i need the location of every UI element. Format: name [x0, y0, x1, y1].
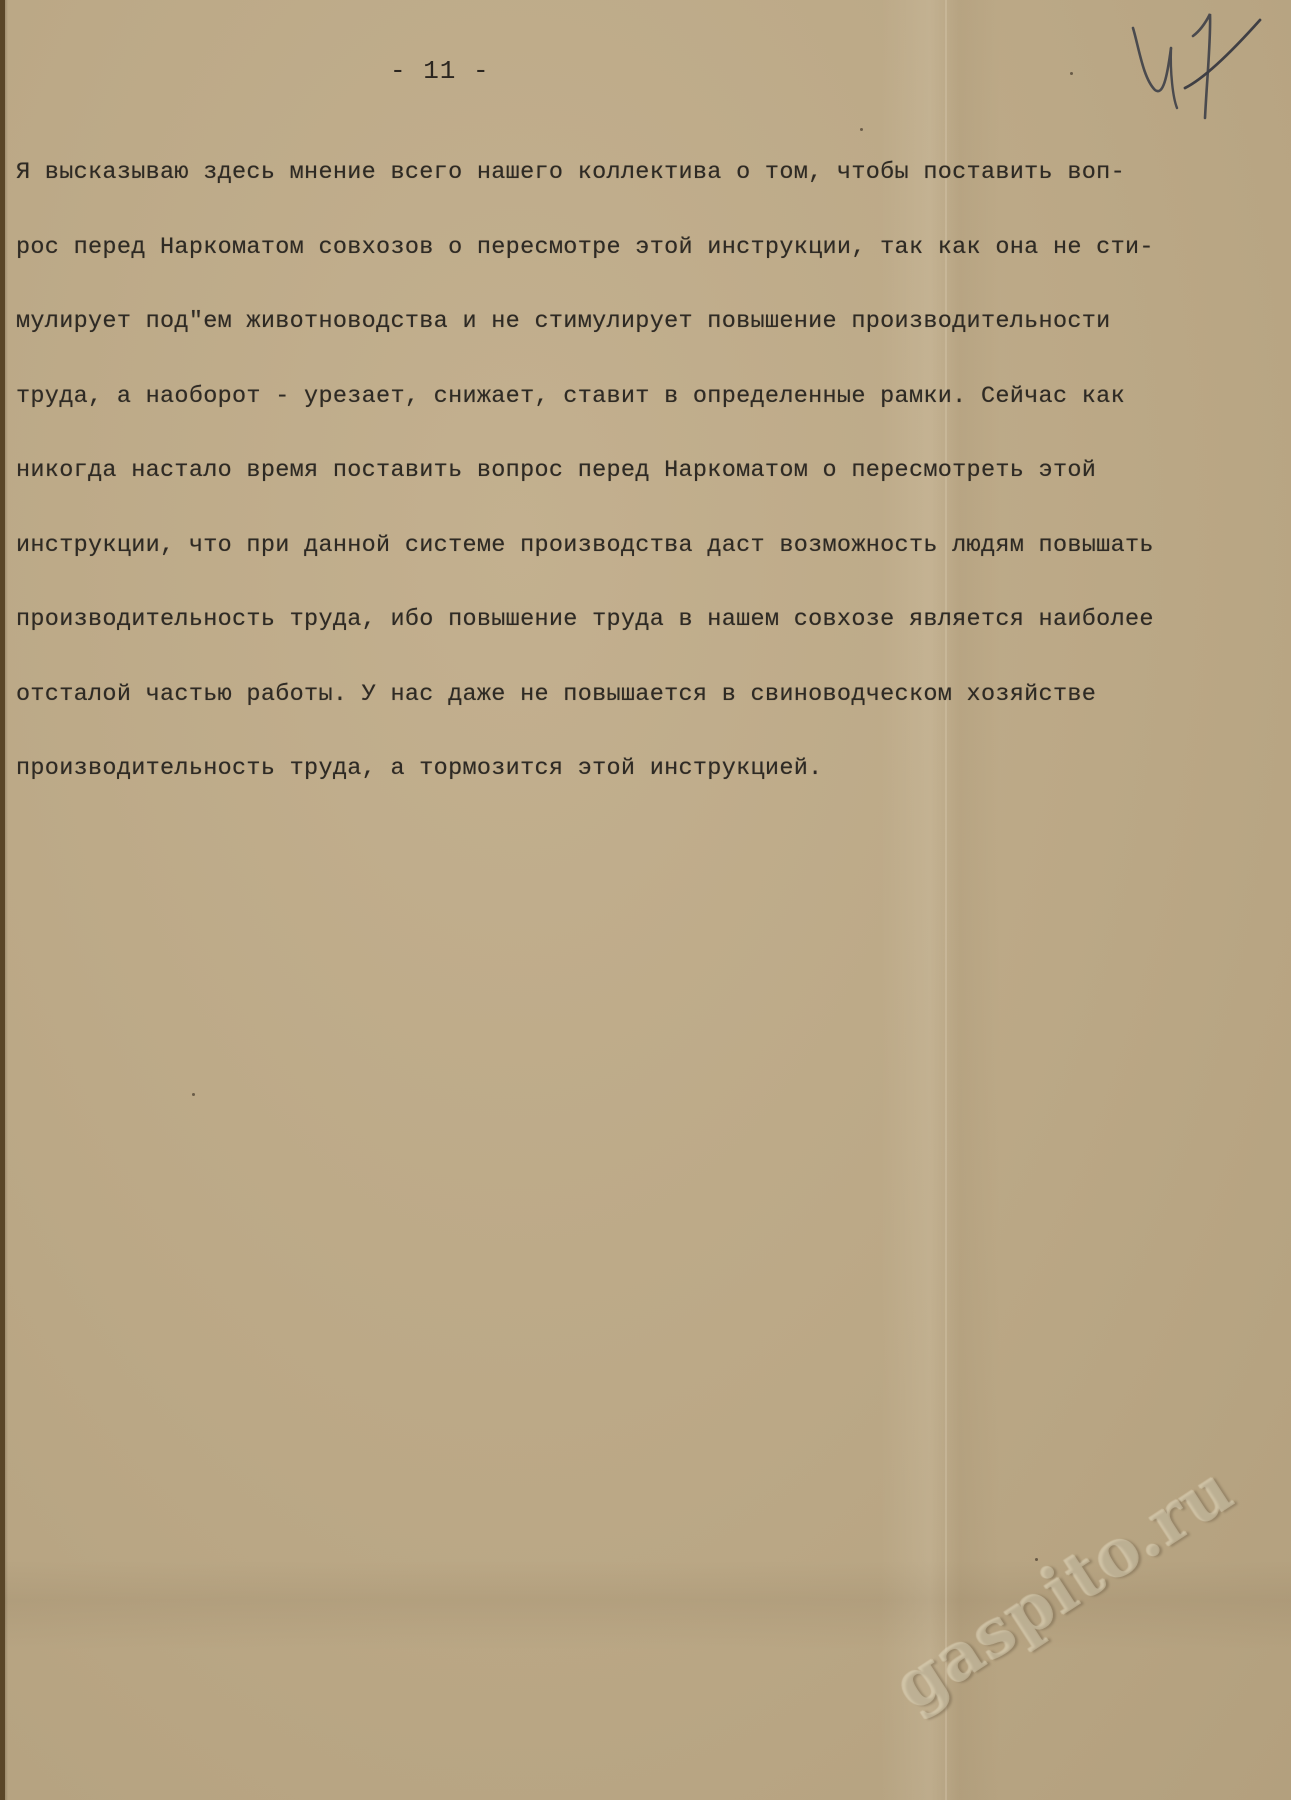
- text-line: отсталой частью работы. У нас даже не по…: [16, 680, 1286, 755]
- paper-speck: [860, 128, 863, 131]
- paper-speck: [1070, 72, 1073, 75]
- page-number: - 11 -: [390, 56, 490, 86]
- text-line: инструкции, что при данной системе произ…: [16, 531, 1286, 606]
- text-line: рос перед Наркоматом совхозов о пересмот…: [16, 233, 1286, 308]
- text-line: мулирует под"ем животноводства и не стим…: [16, 307, 1286, 382]
- paper-speck: [192, 1093, 195, 1096]
- handwritten-sheet-number: [1115, 8, 1265, 123]
- text-line: никогда настало время поставить вопрос п…: [16, 456, 1286, 531]
- text-line: Я высказываю здесь мнение всего нашего к…: [16, 158, 1286, 233]
- text-line: труда, а наоборот - урезает, снижает, ст…: [16, 382, 1286, 457]
- text-line: производительность труда, ибо повышение …: [16, 605, 1286, 680]
- page-binding-edge: [0, 0, 5, 1800]
- typewritten-text-body: Я высказываю здесь мнение всего нашего к…: [16, 158, 1286, 829]
- pencil-mark-icon: [1115, 8, 1265, 123]
- text-line: производительность труда, а тормозится э…: [16, 754, 1286, 829]
